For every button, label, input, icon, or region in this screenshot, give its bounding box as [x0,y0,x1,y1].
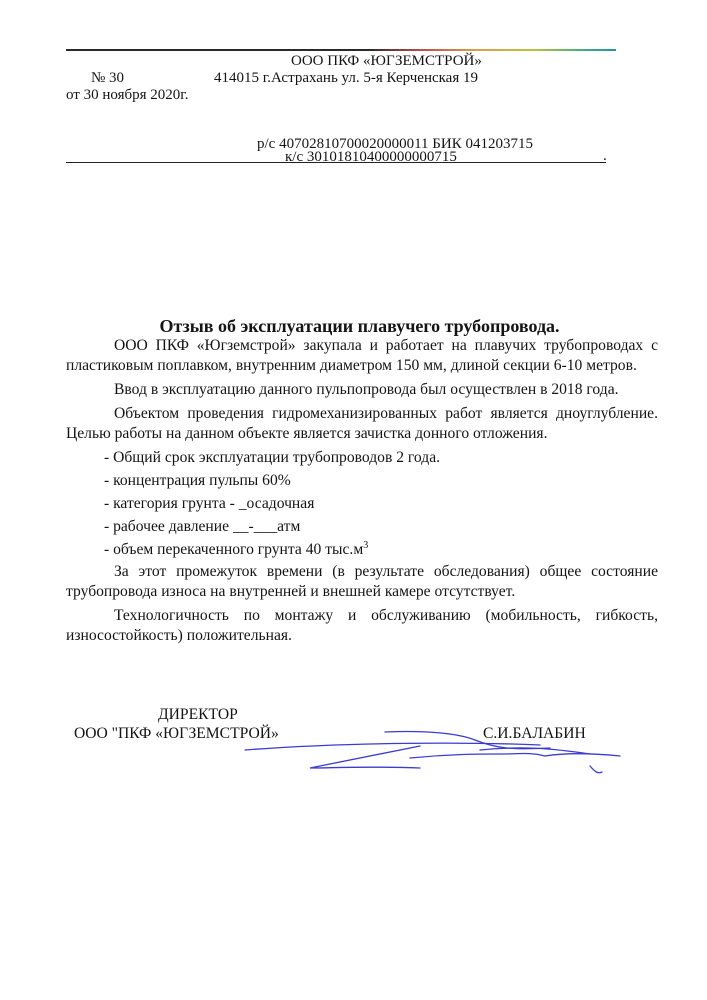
correspondent-account: к/с 30101810400000000715 [285,149,457,166]
list-item-pressure: - рабочее давление __-___атм [66,515,658,538]
handwritten-signature-icon [150,728,630,788]
letterhead-top-rule [66,49,616,51]
company-name: ООО ПКФ «ЮГЗЕМСТРОЙ» [291,53,482,70]
document-title: Отзыв об эксплуатации плавучего трубопро… [0,316,707,337]
document-number: № 30 [91,70,124,87]
paragraph-commissioning: Ввод в эксплуатацию данного пульпопровод… [66,380,658,400]
list-item-soil-category: - категория грунта - _осадочная [66,492,658,515]
parameters-list: - Общий срок эксплуатации трубопроводов … [66,446,658,561]
company-address: 414015 г.Астрахань ул. 5-я Керченская 19 [214,70,478,87]
paragraph-object: Объектом проведения гидромеханизированны… [66,404,658,444]
paragraph-condition: За этот промежуток времени (в результате… [66,562,658,602]
rule-end-mark: . [603,148,607,165]
list-item-service-life: - Общий срок эксплуатации трубопроводов … [66,446,658,469]
list-item-volume: - объем перекаченного грунта 40 тыс.м3 [66,538,658,561]
document-date: от 30 ноября 2020г. [66,87,189,104]
volume-text: - объем перекаченного грунта 40 тыс.м [104,541,363,558]
cubic-superscript: 3 [363,540,368,551]
letterhead-bottom-rule [66,162,606,163]
signer-position: ДИРЕКТОР [158,706,238,724]
paragraph-intro: ООО ПКФ «Югземстрой» закупала и работает… [66,336,658,376]
document-body: ООО ПКФ «Югземстрой» закупала и работает… [66,336,658,646]
list-item-concentration: - концентрация пульпы 60% [66,469,658,492]
paragraph-technology: Технологичность по монтажу и обслуживани… [66,606,658,646]
